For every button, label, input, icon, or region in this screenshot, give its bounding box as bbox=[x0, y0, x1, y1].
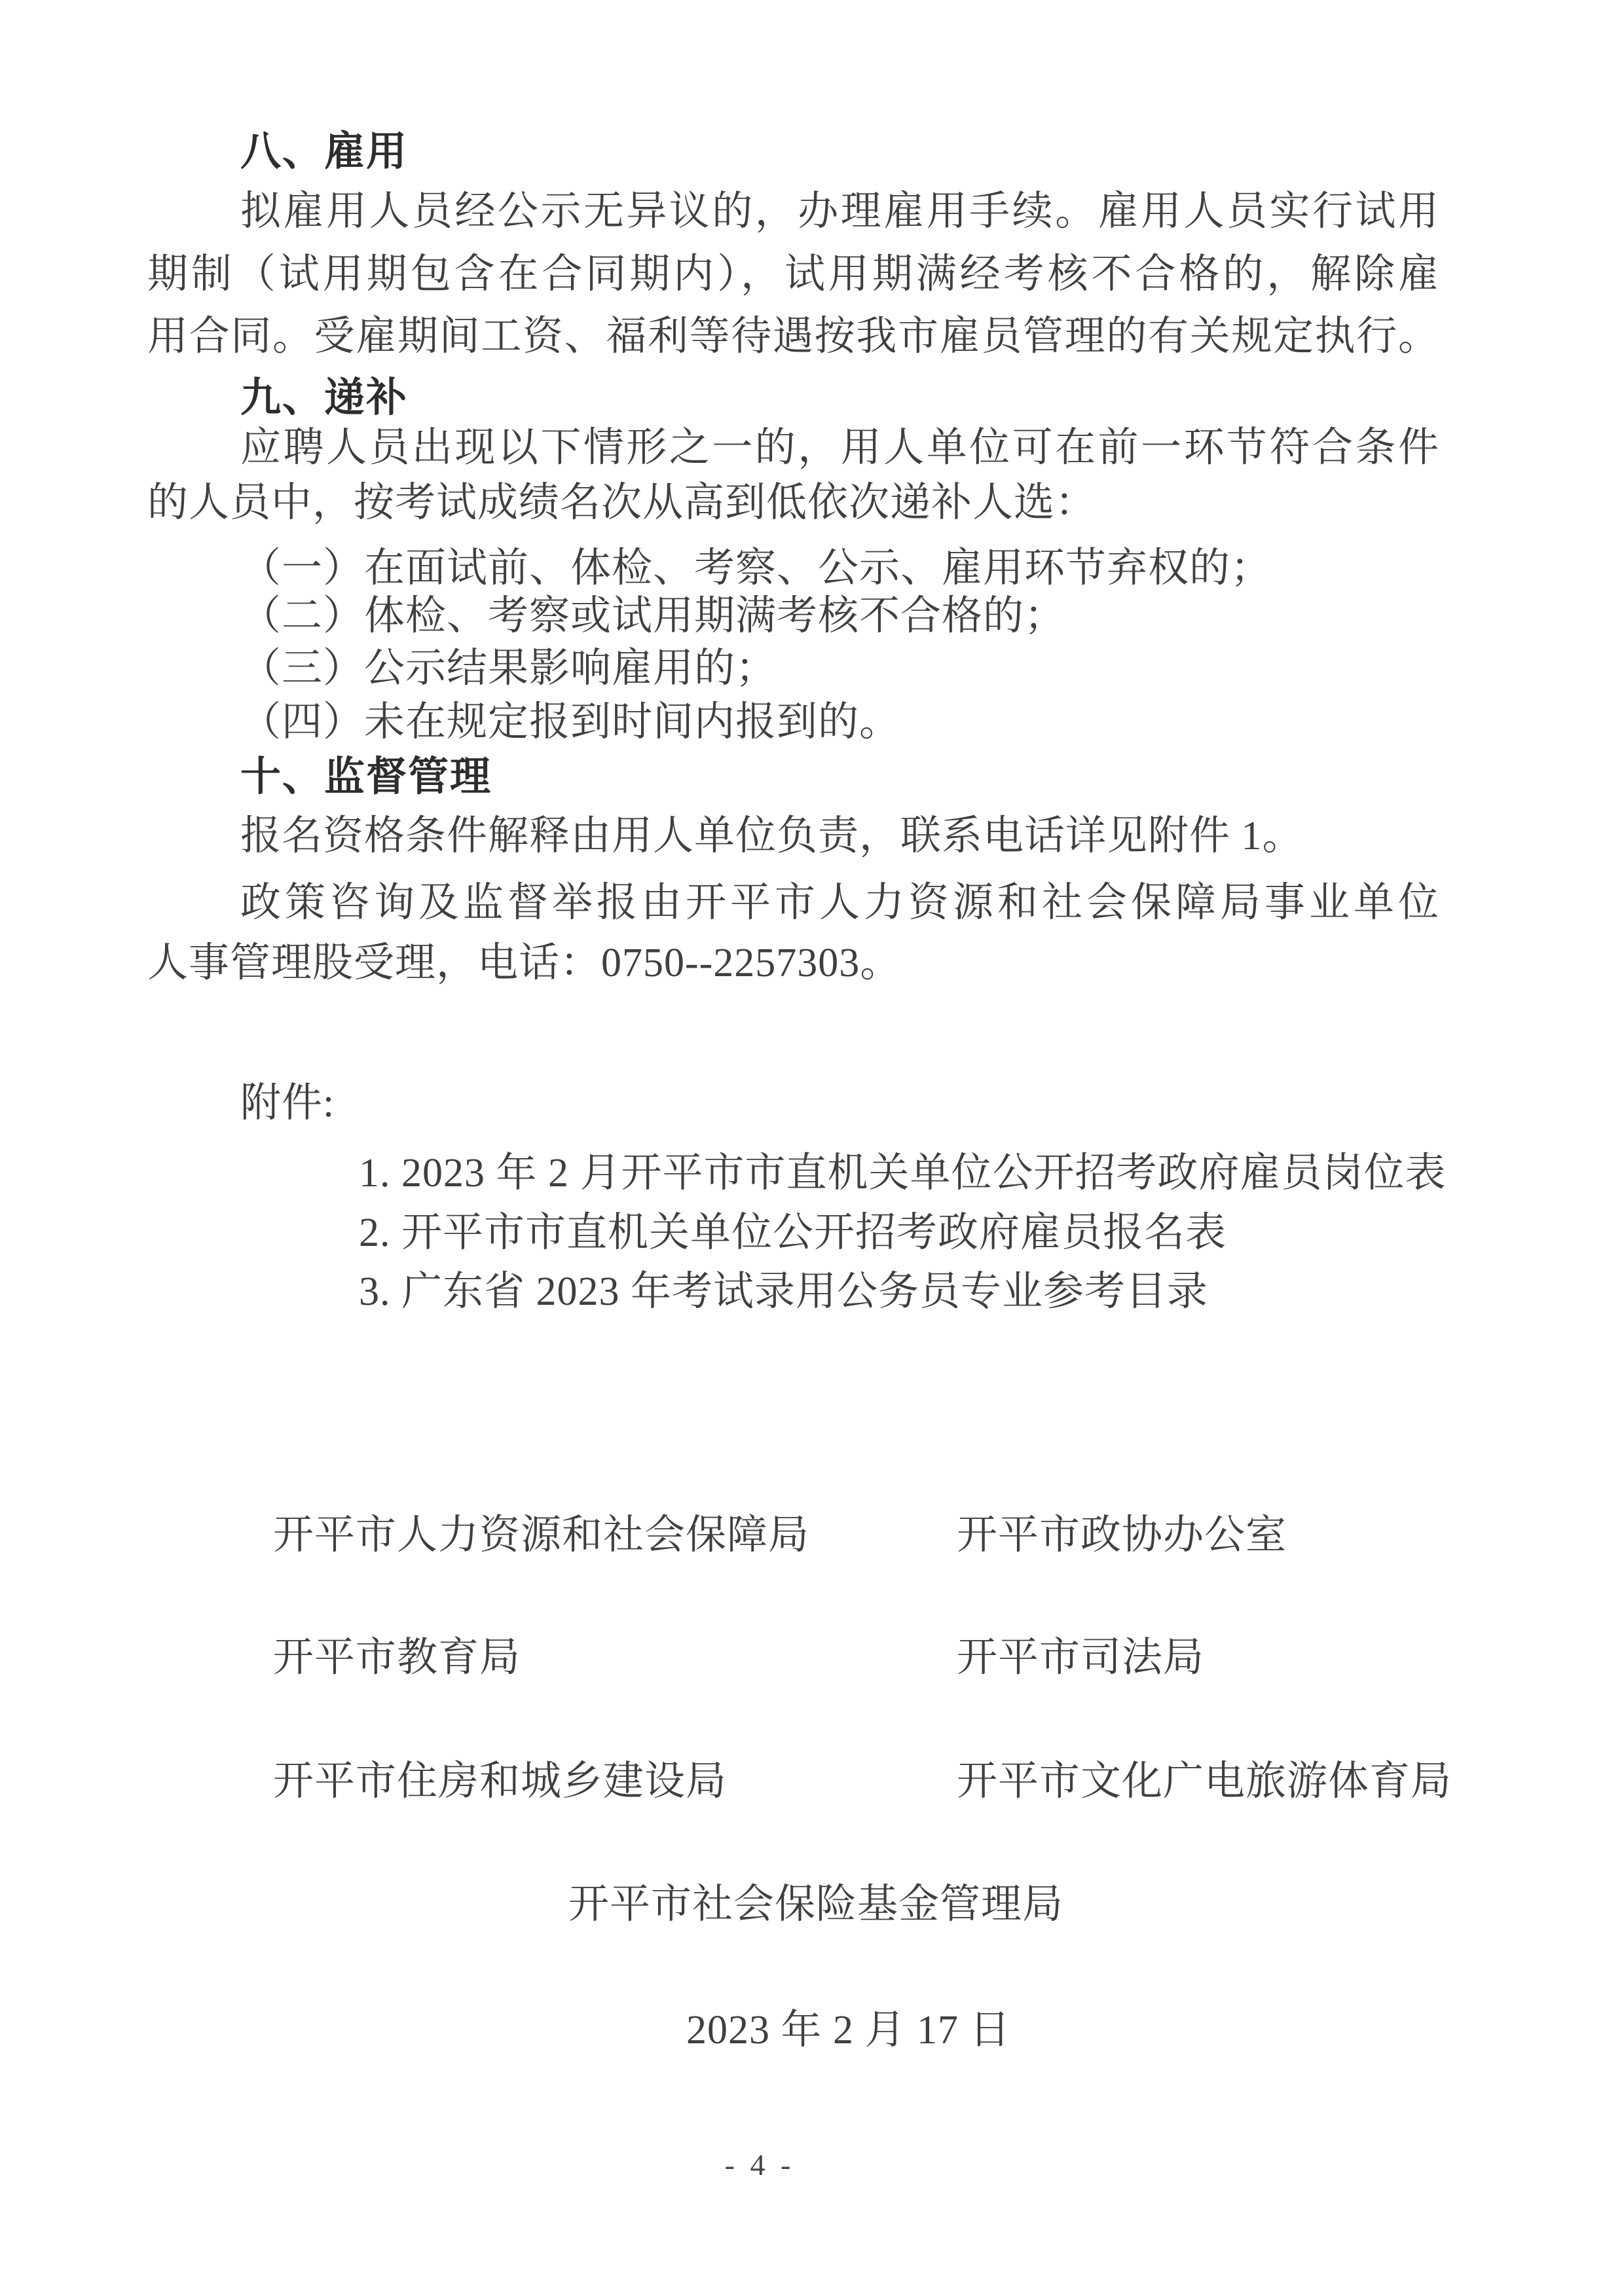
section-10-line-1: 报名资格条件解释由用人单位负责，联系电话详见附件 1。 bbox=[240, 813, 1304, 860]
section-8-heading: 八、雇用 bbox=[240, 128, 408, 174]
attachment-item-3: 3. 广东省 2023 年考试录用公务员专业参考目录 bbox=[359, 1269, 1208, 1315]
signatory-row2-right: 开平市司法局 bbox=[957, 1635, 1204, 1681]
signatory-row3-left: 开平市住房和城乡建设局 bbox=[273, 1758, 727, 1805]
signatory-row1-left: 开平市人力资源和社会保障局 bbox=[273, 1512, 809, 1559]
signatory-row3-right: 开平市文化广电旅游体育局 bbox=[957, 1758, 1452, 1805]
attachment-item-1: 1. 2023 年 2 月开平市市直机关单位公开招考政府雇员岗位表 bbox=[359, 1150, 1447, 1197]
section-10-line-2: 政策咨询及监督举报由开平市人力资源和社会保障局事业单位 bbox=[240, 880, 1439, 926]
attachment-item-2: 2. 开平市市直机关单位公开招考政府雇员报名表 bbox=[359, 1210, 1227, 1256]
page-number: - 4 - bbox=[616, 2147, 904, 2182]
list-item-4: （四）未在规定报到时间内报到的。 bbox=[240, 699, 900, 746]
list-item-2: （二）体检、考察或试用期满考核不合格的； bbox=[240, 593, 1065, 640]
section-8-line-1: 拟雇用人员经公示无异议的，办理雇用手续。雇用人员实行试用 bbox=[240, 189, 1439, 235]
section-8-line-2: 期制（试用期包含在合同期内），试用期满经考核不合格的，解除雇 bbox=[147, 251, 1439, 298]
list-item-1: （一）在面试前、体检、考察、公示、雇用环节弃权的； bbox=[240, 545, 1272, 592]
signatory-row1-right: 开平市政协办公室 bbox=[957, 1512, 1287, 1559]
section-9-line-2: 的人员中，按考试成绩名次从高到低依次递补人选： bbox=[147, 480, 1096, 526]
attachments-label: 附件: bbox=[240, 1080, 335, 1127]
section-10-line-3: 人事管理股受理，电话：0750--2257303。 bbox=[147, 940, 901, 987]
section-9-line-1: 应聘人员出现以下情形之一的，用人单位可在前一环节符合条件 bbox=[240, 425, 1439, 471]
scanned-document-page: 八、雇用 拟雇用人员经公示无异议的，办理雇用手续。雇用人员实行试用 期制（试用期… bbox=[0, 0, 1624, 2296]
signatory-row2-left: 开平市教育局 bbox=[273, 1635, 521, 1681]
list-item-3: （三）公示结果影响雇用的； bbox=[240, 646, 777, 692]
section-8-line-3: 用合同。受雇期间工资、福利等待遇按我市雇员管理的有关规定执行。 bbox=[147, 314, 1439, 360]
issue-date: 2023 年 2 月 17 日 bbox=[686, 2007, 1011, 2054]
section-10-heading: 十、监督管理 bbox=[240, 753, 492, 799]
section-9-heading: 九、递补 bbox=[240, 374, 408, 420]
signatory-center: 开平市社会保险基金管理局 bbox=[568, 1882, 1063, 1928]
